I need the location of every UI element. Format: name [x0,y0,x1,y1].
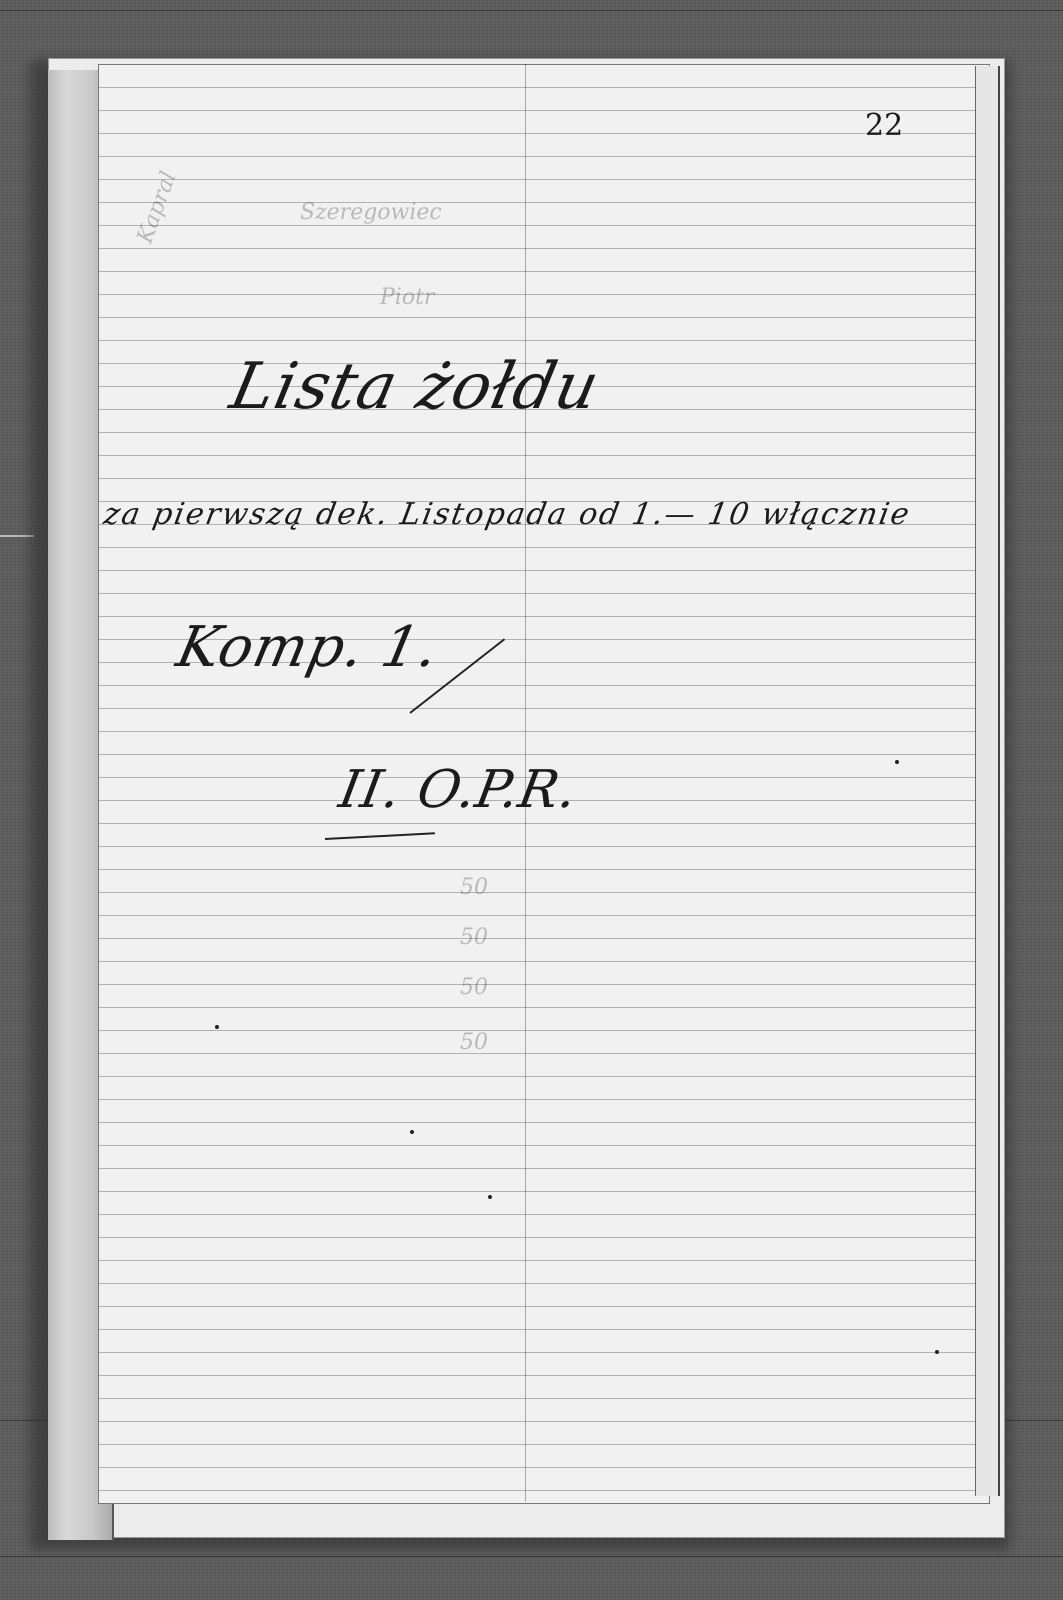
bleedthrough-text: 50 [460,925,488,950]
background-line [0,10,1063,11]
unit-label: II. O.P.R. [335,760,583,820]
company-label: Komp. 1. [171,615,445,680]
bleedthrough-text: 50 [460,875,488,900]
page-number: 22 [865,108,903,143]
document-subtitle: za pierwszą dek. Listopada od 1.— 10 włą… [101,497,914,532]
ink-speck [488,1195,492,1199]
bleedthrough-text: 50 [460,1030,488,1055]
ink-speck [895,760,899,764]
bleedthrough-text: Szeregowiec [300,200,442,225]
bleedthrough-text: 50 [460,975,488,1000]
sheet-edge [975,66,1000,1496]
ink-speck [215,1025,219,1029]
background-line [0,1556,1063,1557]
document-title: Lista żołdu [224,350,606,424]
ink-speck [935,1350,939,1354]
edge-mark [0,535,34,537]
ink-speck [410,1130,414,1134]
bleedthrough-text: Piotr [380,285,434,310]
